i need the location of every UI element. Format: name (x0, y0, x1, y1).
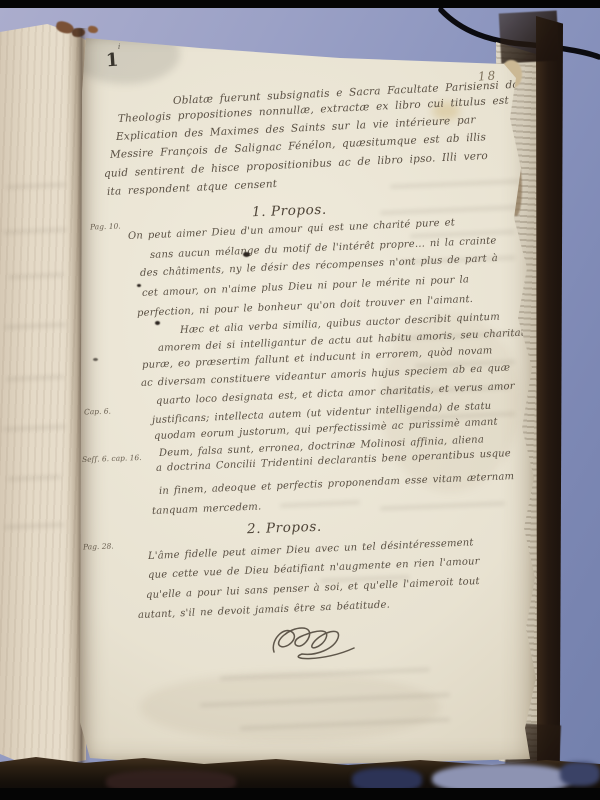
bleedthrough-line (4, 323, 66, 330)
censure-line: in finem, adeoque et perfectis proponend… (159, 471, 515, 497)
paraph-flourish (258, 618, 368, 664)
header-line: ita respondent atque censent (107, 179, 278, 199)
floor-shadow (106, 770, 236, 788)
ink-blot (155, 321, 160, 325)
photo-of-manuscript: 1 i 18 Oblatæ fuerunt subsignatis e Sacr… (0, 8, 600, 788)
section-heading-1: 1. Propos. (252, 204, 327, 220)
ink-blot (243, 252, 250, 257)
folio-number: 1 (105, 52, 119, 71)
dark-floor-shadow (352, 768, 422, 788)
bleedthrough-line (390, 179, 520, 188)
bleedthrough-line (3, 425, 66, 432)
bleedthrough-line (280, 500, 360, 507)
letterbox-top (0, 0, 600, 8)
bleedthrough-line (380, 205, 525, 215)
bleedthrough-line (380, 501, 505, 510)
dark-floor-shadow (560, 762, 600, 786)
proposition-line: qu'elle a pour lui sans penser à soi, et… (146, 576, 480, 601)
bleedthrough-line (8, 273, 64, 279)
bleedthrough-line (6, 375, 64, 381)
margin-note-sess6: Seſſ. 6. cap. 16. (82, 454, 142, 464)
leather-corner-top (499, 11, 560, 64)
leather-binding-edge (536, 16, 563, 774)
margin-note-pag28: Pag. 28. (83, 542, 114, 551)
margin-note-cap6: Cap. 6. (84, 408, 111, 416)
ink-blot (137, 284, 141, 287)
foxing-stain (140, 672, 440, 742)
photo-frame: 1 i 18 Oblatæ fuerunt subsignatis e Sacr… (0, 0, 600, 800)
cloth-on-floor (432, 764, 572, 788)
bleedthrough-line (6, 183, 66, 190)
section-heading-2: 2. Propos. (247, 521, 322, 537)
margin-note-pag10: Pag. 10. (90, 222, 121, 231)
censure-line: tanquam mercedem. (152, 501, 262, 517)
folio-tick-mark: i (118, 44, 120, 51)
bleedthrough-line (3, 228, 67, 235)
margin-mark (93, 358, 98, 361)
bleedthrough-line (7, 475, 61, 481)
bleedthrough-line (4, 523, 64, 530)
letterbox-bottom (0, 788, 600, 800)
manuscript-page: 1 i 18 Oblatæ fuerunt subsignatis e Sacr… (80, 32, 536, 766)
